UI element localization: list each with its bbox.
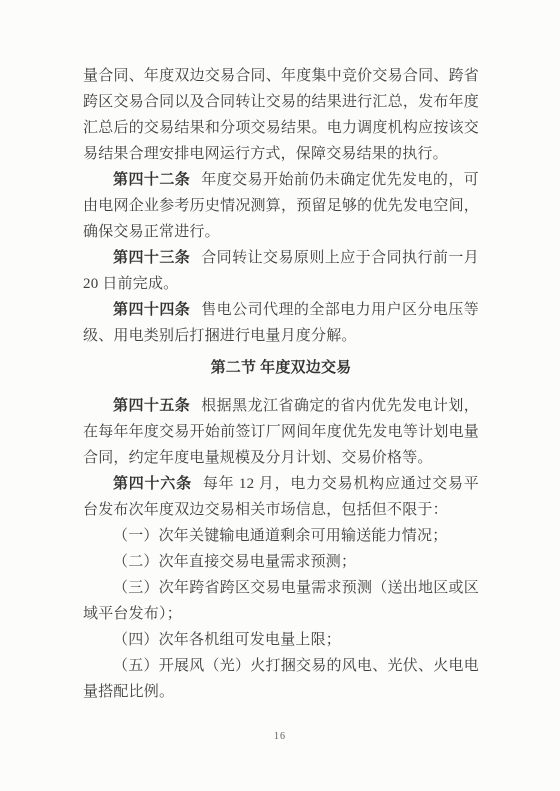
- article-number-label: 第四十四条: [113, 302, 190, 318]
- section-heading: 第二节 年度双边交易: [83, 355, 479, 381]
- list-item-1: （一）次年关键输电通道剩余可用输送能力情况；: [83, 523, 479, 549]
- paragraph-article-42: 第四十二条年度交易开始前仍未确定优先发电的，可由电网企业参考历史情况测算，预留足…: [83, 167, 479, 245]
- article-number-label: 第四十二条: [113, 172, 190, 188]
- paragraph-text: 量合同、年度双边交易合同、年度集中竞价交易合同、跨省跨区交易合同以及合同转让交易…: [83, 68, 479, 162]
- paragraph-article-45: 第四十五条根据黑龙江省确定的省内优先发电计划，在每年年度交易开始前签订厂网间年度…: [83, 393, 479, 471]
- paragraph-text: （四）次年各机组可发电量上限；: [113, 632, 341, 648]
- article-number-label: 第四十六条: [113, 476, 192, 492]
- list-item-5: （五）开展风（光）火打捆交易的风电、光伏、火电电量搭配比例。: [83, 653, 479, 705]
- paragraph-text: （二）次年直接交易电量需求预测；: [113, 554, 356, 570]
- article-number-label: 第四十五条: [113, 398, 190, 414]
- article-number-label: 第四十三条: [113, 250, 190, 266]
- paragraph-continuation: 量合同、年度双边交易合同、年度集中竞价交易合同、跨省跨区交易合同以及合同转让交易…: [83, 63, 479, 167]
- paragraph-article-43: 第四十三条合同转让交易原则上应于合同执行前一月 20 日前完成。: [83, 245, 479, 297]
- page-number: 16: [0, 730, 560, 744]
- paragraph-article-46: 第四十六条每年 12 月，电力交易机构应通过交易平台发布次年度双边交易相关市场信…: [83, 471, 479, 523]
- paragraph-text: （五）开展风（光）火打捆交易的风电、光伏、火电电量搭配比例。: [83, 658, 479, 700]
- list-item-3: （三）次年跨省跨区交易电量需求预测（送出地区或区域平台发布）；: [83, 575, 479, 627]
- document-content: 量合同、年度双边交易合同、年度集中竞价交易合同、跨省跨区交易合同以及合同转让交易…: [83, 63, 479, 705]
- paragraph-text: （三）次年跨省跨区交易电量需求预测（送出地区或区域平台发布）；: [83, 580, 479, 622]
- list-item-2: （二）次年直接交易电量需求预测；: [83, 549, 479, 575]
- document-page: 量合同、年度双边交易合同、年度集中竞价交易合同、跨省跨区交易合同以及合同转让交易…: [0, 0, 560, 791]
- paragraph-article-44: 第四十四条售电公司代理的全部电力用户区分电压等级、用电类别后打捆进行电量月度分解…: [83, 297, 479, 349]
- paragraph-text: （一）次年关键输电通道剩余可用输送能力情况；: [113, 528, 447, 544]
- list-item-4: （四）次年各机组可发电量上限；: [83, 627, 479, 653]
